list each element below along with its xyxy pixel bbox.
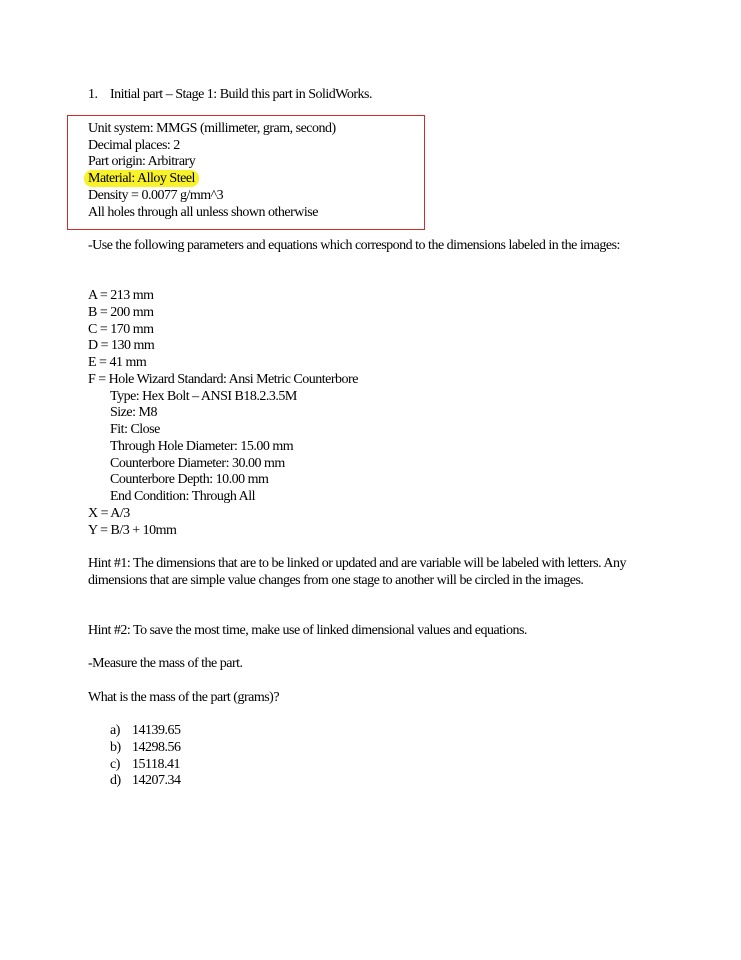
measure-instruction: -Measure the mass of the part.: [88, 656, 663, 673]
instructions-paragraph: -Use the following parameters and equati…: [88, 238, 663, 255]
setting-density: Density = 0.0077 g/mm^3: [88, 188, 336, 205]
param-b: B = 200 mm: [88, 305, 358, 322]
parameters-list: A = 213 mm B = 200 mm C = 170 mm D = 130…: [88, 288, 358, 539]
param-x: X = A/3: [88, 506, 358, 523]
choice-value: 15118.41: [132, 757, 180, 772]
choice-b[interactable]: b)14298.56: [110, 740, 181, 757]
hint-1: Hint #1: The dimensions that are to be l…: [88, 556, 663, 589]
choice-letter: c): [110, 757, 132, 774]
param-f-end-condition: End Condition: Through All: [88, 489, 358, 506]
question-heading: 1.Initial part – Stage 1: Build this par…: [88, 87, 372, 104]
answer-choices: a)14139.65 b)14298.56 c)15118.41 d)14207…: [110, 723, 181, 790]
param-f-counterbore-depth: Counterbore Depth: 10.00 mm: [88, 472, 358, 489]
param-f-counterbore-diameter: Counterbore Diameter: 30.00 mm: [88, 456, 358, 473]
param-f-fit: Fit: Close: [88, 422, 358, 439]
choice-a[interactable]: a)14139.65: [110, 723, 181, 740]
setting-part-origin: Part origin: Arbitrary: [88, 154, 336, 171]
mass-question-prompt: What is the mass of the part (grams)?: [88, 690, 663, 707]
param-e: E = 41 mm: [88, 355, 358, 372]
choice-letter: d): [110, 773, 132, 790]
param-y: Y = B/3 + 10mm: [88, 523, 358, 540]
param-f-through-hole-diameter: Through Hole Diameter: 15.00 mm: [88, 439, 358, 456]
setting-unit-system: Unit system: MMGS (millimeter, gram, sec…: [88, 121, 336, 138]
settings-list: Unit system: MMGS (millimeter, gram, sec…: [88, 121, 336, 221]
choice-letter: b): [110, 740, 132, 757]
choice-d[interactable]: d)14207.34: [110, 773, 181, 790]
param-c: C = 170 mm: [88, 322, 358, 339]
choice-value: 14298.56: [132, 740, 181, 755]
param-f-type: Type: Hex Bolt – ANSI B18.2.3.5M: [88, 389, 358, 406]
choice-value: 14139.65: [132, 723, 181, 738]
choice-c[interactable]: c)15118.41: [110, 757, 181, 774]
choice-value: 14207.34: [132, 773, 181, 788]
hint-2: Hint #2: To save the most time, make use…: [88, 623, 663, 640]
choice-letter: a): [110, 723, 132, 740]
setting-decimal-places: Decimal places: 2: [88, 138, 336, 155]
param-d: D = 130 mm: [88, 338, 358, 355]
setting-material-row: Material: Alloy Steel: [88, 171, 336, 188]
setting-holes-note: All holes through all unless shown other…: [88, 205, 336, 222]
setting-material-highlighted: Material: Alloy Steel: [84, 170, 199, 187]
question-number: 1.: [88, 87, 110, 104]
param-a: A = 213 mm: [88, 288, 358, 305]
param-f: F = Hole Wizard Standard: Ansi Metric Co…: [88, 372, 358, 389]
param-f-size: Size: M8: [88, 405, 358, 422]
question-title: Initial part – Stage 1: Build this part …: [110, 87, 372, 102]
